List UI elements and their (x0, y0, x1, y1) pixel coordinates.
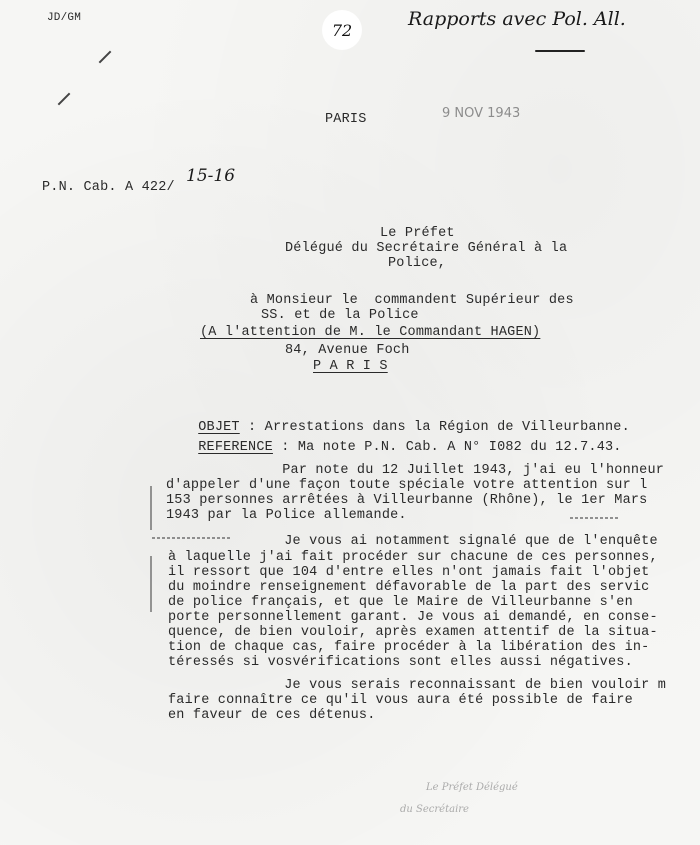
recipient-city: P A R I S (313, 359, 388, 375)
pen-mark (58, 93, 71, 106)
paragraph-line: 153 personnes arrêtées à Villeurbanne (R… (166, 493, 647, 509)
city-heading: PARIS (325, 112, 367, 128)
handwritten-underline (535, 50, 585, 52)
signature-line-1: Le Préfet Délégué (426, 782, 518, 793)
paragraph-line: d'appeler d'une façon toute spéciale vot… (166, 478, 647, 494)
recipient-address: 84, Avenue Foch (285, 343, 410, 359)
handwritten-note: Rapports avec Pol. All. (408, 8, 626, 30)
sender-line-1: Le Préfet (380, 226, 455, 242)
paragraph-line: 1943 par la Police allemande. (166, 508, 407, 524)
recipient-line-1: à Monsieur le commandent Supérieur des (250, 293, 574, 309)
page-number: 72 (332, 21, 352, 40)
margin-mark (150, 486, 152, 530)
initials: JD/GM (47, 10, 81, 26)
margin-mark (150, 556, 152, 612)
paragraph-line: faire connaître ce qu'il vous aura été p… (168, 693, 633, 709)
recipient-attention: (A l'attention de M. le Commandant HAGEN… (200, 325, 540, 341)
paragraph-line: il ressort que 104 d'entre elles n'ont j… (168, 565, 649, 581)
signature-line-2: du Secrétaire (400, 804, 469, 815)
reference-number: P.N. Cab. A 422/ (42, 180, 175, 196)
paragraph-line: de police français, et que le Maire de V… (168, 595, 633, 611)
paragraph-line: du moindre renseignement défavorable de … (168, 580, 649, 596)
recipient-line-2: SS. et de la Police (261, 308, 419, 324)
separator-dash (570, 517, 620, 519)
pen-mark (99, 51, 112, 64)
reference-label: REFERENCE (198, 440, 273, 455)
page-number-circle: 72 (322, 10, 362, 50)
paragraph-line: téressés si vosvérifications sont elles … (168, 655, 633, 671)
paragraph-line: en faveur de ces détenus. (168, 708, 376, 724)
sender-line-3: Police, (388, 256, 446, 272)
paragraph-line: Je vous ai notamment signalé que de l'en… (168, 534, 658, 550)
paragraph-line: à laquelle j'ai fait procéder sur chacun… (168, 550, 658, 566)
sender-line-2: Délégué du Secrétaire Général à la (285, 241, 567, 257)
paragraph-line: Je vous serais reconnaissant de bien vou… (168, 678, 666, 694)
paragraph-line: porte personnellement garant. Je vous ai… (168, 610, 658, 626)
document-page: JD/GM 72 Rapports avec Pol. All. PARIS 9… (0, 0, 700, 845)
paragraph-line: quence, de bien vouloir, après examen at… (168, 625, 658, 641)
handwritten-reference: 15-16 (186, 166, 235, 186)
paragraph-line: Par note du 12 Juillet 1943, j'ai eu l'h… (166, 463, 664, 479)
reference-text: : Ma note P.N. Cab. A N° I082 du 12.7.43… (273, 440, 622, 455)
paragraph-line: tion de chaque cas, faire procéder à la … (168, 640, 649, 656)
date-stamp: 9 NOV 1943 (442, 106, 520, 121)
